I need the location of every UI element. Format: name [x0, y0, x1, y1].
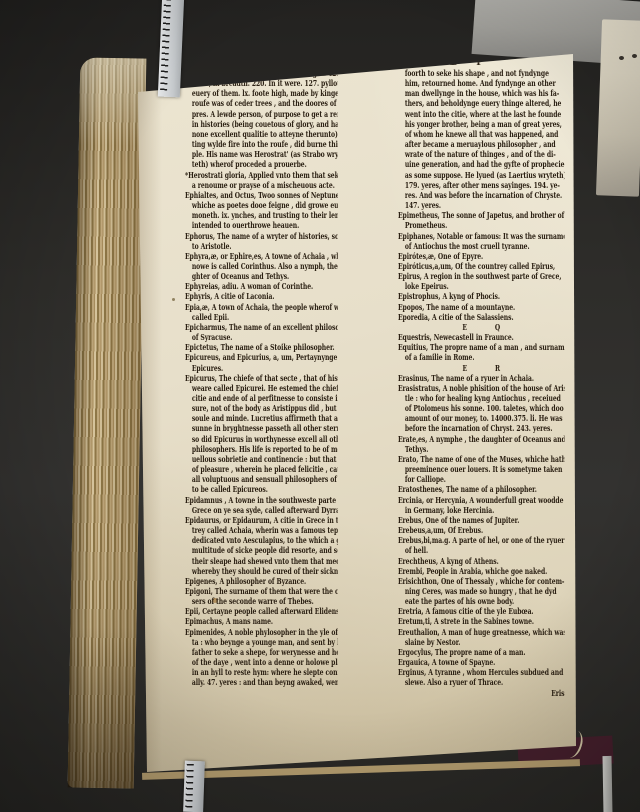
text-line: Epimenides, A noble phylosopher in the y… [185, 627, 337, 637]
text-line: Epiphanes, Notable or famous: It was the… [398, 231, 565, 241]
text-line: called Epii. [185, 312, 337, 322]
text-line: Epidaurus, or Epidaurum, A citie in Grec… [185, 515, 337, 525]
text-line: Ergocylus, The propre name of a man. [398, 647, 565, 657]
text-line: whiche as poetes dooe feigne , did growe… [185, 200, 337, 210]
text-line: Eretum,ti, A strete in the Sabines towne… [398, 616, 565, 626]
text-line: Epirótes,æ, One of Epyre. [398, 251, 565, 261]
text-line: Epigenes, A philosopher of Byzance. [185, 576, 337, 586]
text-line: Eretria, A famous citie of the yle Eubœa… [398, 606, 565, 616]
text-line: Epicurus, The chiefe of that secte , tha… [185, 373, 337, 383]
text-line: ally. 47. yeres : and than beyng awaked,… [185, 677, 337, 687]
text-line: Ephyreias, adiu. A woman of Corinthe. [185, 281, 337, 291]
text-line: Erisichthon, One of Thessaly , whiche fo… [398, 576, 565, 586]
text-line: Grece on ye sea syde, called afterward D… [185, 505, 337, 515]
text-line: amount of our money, to. 14000.375. li. … [398, 413, 565, 423]
catchword: Eris [398, 688, 572, 698]
text-line: Erembi, People in Arabia, whiche goe nak… [398, 566, 565, 576]
text-line: Erasistratus, A noble phisition of the h… [398, 383, 565, 393]
text-line: Prometheus. [398, 220, 565, 230]
text-line: ghter of Oceanus and Tethys. [185, 271, 337, 281]
text-line: slewe. Also a ryuer of Thrace. [398, 677, 565, 687]
text-line: a renoume or prayse of a mischeuous acte… [185, 180, 337, 190]
text-line: intended to ouerthrowe heauen. [185, 220, 337, 230]
text-line: of whom he knewe all that was happened, … [398, 129, 565, 139]
text-line: uellous sobrietie and continencie : but … [185, 454, 337, 464]
text-line: Ercinia, or Hercynia, A wounderfull grea… [398, 495, 565, 505]
text-line: E R [398, 363, 565, 373]
ruler-bottom [183, 761, 205, 812]
text-line: of Ptolomeus his sonne. 100. taletes, wh… [398, 403, 565, 413]
text-line: to be called Epicureos. [185, 484, 337, 494]
text-line: of Syracuse. [185, 332, 337, 342]
printed-text-layer: E P E P earthquakes . The temple was in … [128, 46, 590, 776]
text-line: Epicures. [185, 363, 337, 373]
text-line: roufe was of ceder trees , and the doore… [185, 98, 337, 108]
text-line: father to seke a shepe, for werynesse an… [185, 647, 337, 657]
text-line: whereby they should be cured of their si… [185, 566, 337, 576]
text-line: preeminence ouer louers. It is sometyme … [398, 464, 565, 474]
text-line: multitude of sicke people did resorte, a… [185, 545, 337, 555]
text-line: soule and minde. Lucretius affirmeth tha… [185, 413, 337, 423]
text-line: Ereuthalion, A man of huge greatnesse, w… [398, 627, 565, 637]
text-line: as some suppose. He lyued (as Laertius w… [398, 170, 565, 180]
text-line: for Calliope. [398, 474, 565, 484]
text-line: to Aristotle. [185, 241, 337, 251]
text-line: Ephyris, A citie of Laconia. [185, 291, 337, 301]
text-line: dedicated vnto Aesculapius, to the which… [185, 535, 337, 545]
text-line: 147. yeres. [398, 200, 565, 210]
text-line: Epiróticus,a,um, Of the countrey called … [398, 261, 565, 271]
text-line: Ergauica, A towne of Spayne. [398, 657, 565, 667]
text-line: of a familie in Rome. [398, 352, 565, 362]
text-line: pres. A lewde person, of purpose to get … [185, 109, 337, 119]
text-line: Epopos, The name of a mountayne. [398, 302, 565, 312]
text-line: loke Epeirus. [398, 281, 565, 291]
text-line: Epicharmus, The name of an excellent phi… [185, 322, 337, 332]
text-line: tle : who for healing kyng Antiochus , r… [398, 393, 565, 403]
text-line: Erasinus, The name of a ryuer in Achaia. [398, 373, 565, 383]
text-line: all voluptuous and sensuall philosophers… [185, 474, 337, 484]
text-line: foorth to seke his shape , and not fyndy… [398, 68, 565, 78]
text-line: in histories (being couetous of glory, a… [185, 119, 337, 129]
text-line: so did Epicurus in worthynesse excell al… [185, 434, 337, 444]
text-line: sure, not of the body as Aristippus did … [185, 403, 337, 413]
text-line: before the incarnation of Chryst. 243. y… [398, 423, 565, 433]
text-line: Erebeus,a,um, Of Erebus. [398, 525, 565, 535]
text-line: Epii, Certayne people called afterward E… [185, 606, 337, 616]
text-line: *Herostrati gloria, Applied vnto them th… [185, 170, 337, 180]
text-line: Erato, The name of one of the Muses, whi… [398, 454, 565, 464]
ruler-tick-marks [160, 0, 171, 94]
text-line: man dwellynge in the house, which was hi… [398, 88, 565, 98]
text-line: teth) wherof proceded a prouerbe. [185, 159, 337, 169]
text-line: citie and ende of al perfitnesse to cons… [185, 393, 337, 403]
text-line: philosophers. His life is reported to be… [185, 444, 337, 454]
text-line: Equitius, The propre name of a man , and… [398, 342, 565, 352]
text-line: of pleasure , wherein he placed feliciti… [185, 464, 337, 474]
text-line: Epicureus, and Epicurius, a, um, Pertayn… [185, 352, 337, 362]
ruler-tick-marks [185, 764, 194, 809]
binding-dot [632, 54, 637, 58]
text-line: after became a meruaylous philosopher , … [398, 139, 565, 149]
text-line: Erginus, A tyranne , whom Hercules subdu… [398, 667, 565, 677]
text-line: weare called Epicurei. He estemed the ch… [185, 383, 337, 393]
book-page: E P E P earthquakes . The temple was in … [128, 46, 590, 776]
text-line: eate the partes of his owne body. [398, 596, 565, 606]
text-line: sunne in bryghtnesse passeth all other s… [185, 423, 337, 433]
text-line: ta : who beynge a younge man, and sent b… [185, 637, 337, 647]
text-line: foote, in breadth. 220. In it were. 127.… [185, 78, 337, 88]
text-line: him, retourned home. And fyndynge an oth… [398, 78, 565, 88]
text-line: of Antiochus the most cruell tyranne. [398, 241, 565, 251]
text-line: Equestris, Newecastell in Fraunce. [398, 332, 565, 342]
text-line: Eratosthenes, The name of a philosopher. [398, 484, 565, 494]
text-column-right: foorth to seke his shape , and not fyndy… [398, 68, 564, 698]
bookmark-strip [602, 756, 612, 812]
text-line: Epirus, A region in the southwest parte … [398, 271, 565, 281]
text-line: Ephyra,æ, or Ephire,es, A towne of Achai… [185, 251, 337, 261]
text-line: moneth. ix. ynches, and trusting to thei… [185, 210, 337, 220]
text-line: Erate,es, A nymphe , the daughter of Oce… [398, 434, 565, 444]
text-line: of the daye , went into a denne or holow… [185, 657, 337, 667]
text-line: slaine by Nestor. [398, 637, 565, 647]
text-line: nowe is called Corinthus. Also a nymph, … [185, 261, 337, 271]
text-column-left: earthquakes . The temple was in length. … [185, 68, 337, 688]
text-line: their sleape had shewed vnto them that m… [185, 556, 337, 566]
text-line: trey called Achaia, wherin was a famous … [185, 525, 337, 535]
text-line: Epistrophus, A kyng of Phocis. [398, 291, 565, 301]
facing-page-edges [596, 19, 640, 196]
text-line: Epigoni, The surname of them that were t… [185, 586, 337, 596]
text-line: ning Ceres, was made so hungry , that he… [398, 586, 565, 596]
text-line: 179. yeres, after other mens sayinges. 1… [398, 180, 565, 190]
page-edge-stack [68, 57, 147, 788]
binding-dot [619, 56, 624, 60]
text-line: Epimachus, A mans name. [185, 616, 337, 626]
text-line: uine generation, and had the gyfte of pr… [398, 159, 565, 169]
text-line: none excellent qualitie to atteyne theru… [185, 129, 337, 139]
text-column-right-lines: foorth to seke his shape , and not fyndy… [398, 68, 564, 688]
text-line: Eporedia, A citie of the Salassiens. [398, 312, 565, 322]
ruler-top [158, 0, 184, 97]
page-edge-shading [68, 57, 147, 788]
text-line: wrate of the nature of thinges , and of … [398, 149, 565, 159]
text-line: Epictetus, The name of a Stoike philosop… [185, 342, 337, 352]
text-line: ple. His name was Herostrat' (as Strabo … [185, 149, 337, 159]
text-line: Epia,æ, A town of Achaia, the people whe… [185, 302, 337, 312]
text-line: of hell. [398, 545, 565, 555]
text-line: Erebus,bi,ma.g. A parte of hel, or one o… [398, 535, 565, 545]
text-line: euery of them. lx. foote high, made by k… [185, 88, 337, 98]
text-line: in Germany, loke Hercinia. [398, 505, 565, 515]
text-line: Epidamnus , A towne in the southweste pa… [185, 495, 337, 505]
running-header-left: E P [185, 57, 335, 68]
text-line: Tethys. [398, 444, 565, 454]
text-line: E Q [398, 322, 565, 332]
text-line: thers, and beholdynge euery thinge alter… [398, 98, 565, 108]
text-line: res. And was before the incarnation of C… [398, 190, 565, 200]
text-line: Epimetheus, The sonne of Japetus, and br… [398, 210, 565, 220]
text-line: his yonger brother, being a man of great… [398, 119, 565, 129]
book-scan-photo: E P E P earthquakes . The temple was in … [0, 0, 640, 812]
text-line: sers of the seconde warre of Thebes. [185, 596, 337, 606]
text-line: Erebus, One of the names of Jupiter. [398, 515, 565, 525]
text-line: in an hyll to reste hym: where he slepte… [185, 667, 337, 677]
text-line: earthquakes . The temple was in length. … [185, 68, 337, 78]
text-line: Ephorus, The name of a wryter of histori… [185, 231, 337, 241]
text-line: ting wylde fire into the roufe , did bur… [185, 139, 337, 149]
running-header-right: E P [386, 57, 548, 68]
text-line: Erechtheus, A kyng of Athens. [398, 556, 565, 566]
text-line: went into the citie, where at the last h… [398, 109, 565, 119]
text-line: Ephialtes, and Octus, Twoo sonnes of Nep… [185, 190, 337, 200]
